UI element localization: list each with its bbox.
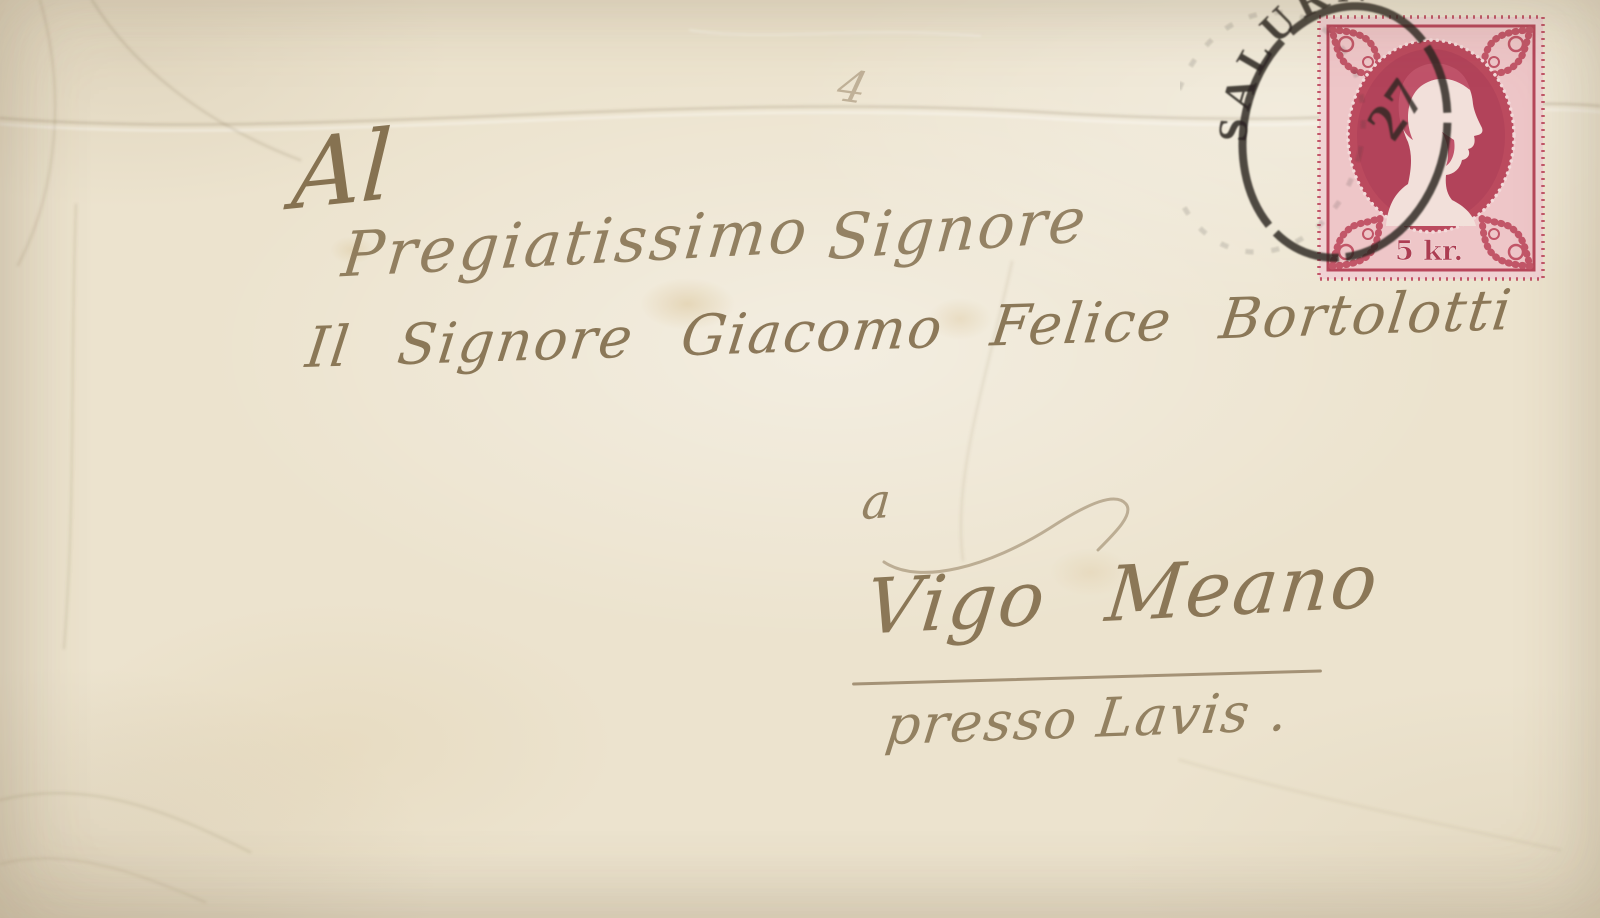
postmark-day: 27: [1354, 67, 1438, 151]
envelope: Al Pregiatissimo Signore Il Signore Giac…: [0, 0, 1600, 918]
destination-note-text: presso Lavis .: [883, 685, 1293, 753]
salutation-text: Al: [290, 116, 395, 224]
flourish-swash: [880, 470, 1160, 600]
postmark: SALURN 27: [1180, 0, 1520, 302]
honorific-right-text: Signore: [826, 189, 1090, 270]
